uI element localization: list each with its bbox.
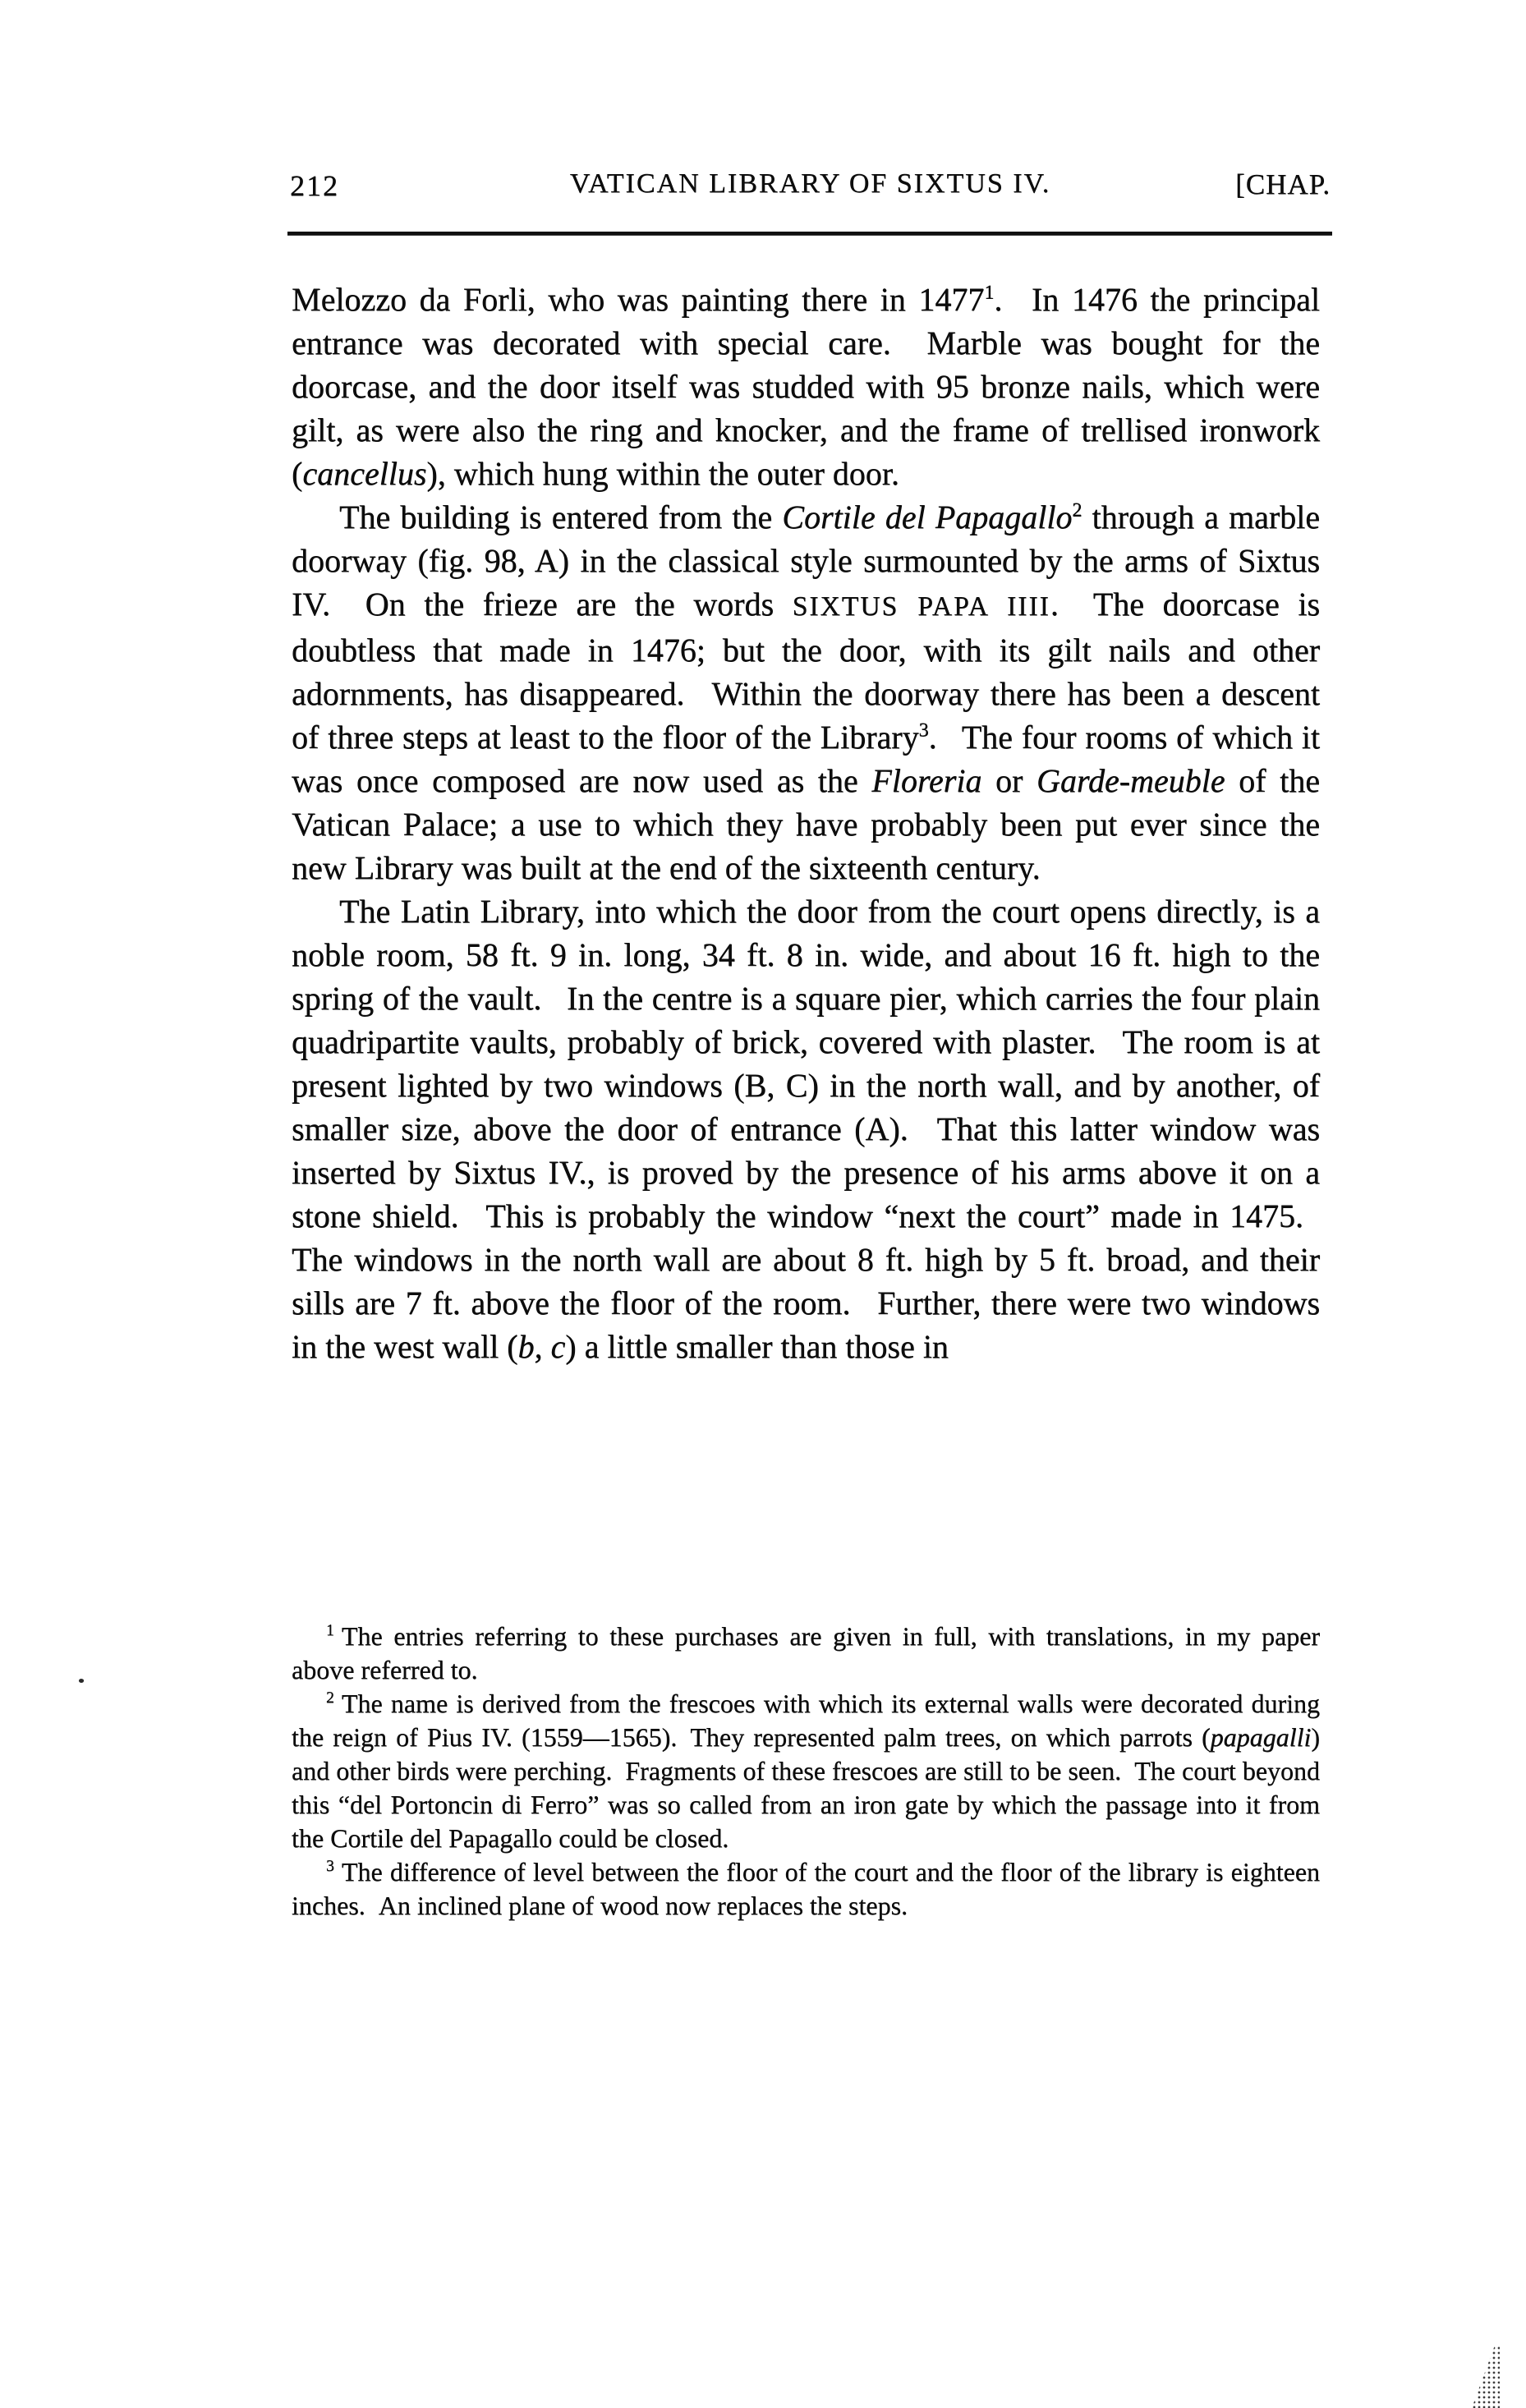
book-page: 212 VATICAN LIBRARY OF SIXTUS IV. [CHAP.… (0, 0, 1526, 2408)
body-text: Melozzo da Forli, who was painting there… (292, 278, 1320, 1368)
chapter-reference: [CHAP. (1235, 168, 1331, 201)
page-header: 212 VATICAN LIBRARY OF SIXTUS IV. [CHAP. (290, 168, 1331, 211)
footnotes: 1The entries referring to these purchase… (292, 1620, 1320, 1923)
footnote-3-marker: 3 (326, 1857, 334, 1875)
header-rule (287, 232, 1332, 236)
footnote-2-text: The name is derived from the frescoes wi… (292, 1689, 1320, 1853)
paragraph-2: The building is entered from the Cortile… (292, 495, 1320, 889)
paragraph-1: Melozzo da Forli, who was painting there… (292, 278, 1320, 495)
paragraph-3: The Latin Library, into which the door f… (292, 889, 1320, 1368)
page-number: 212 (290, 168, 339, 203)
running-title: VATICAN LIBRARY OF SIXTUS IV. (570, 168, 1050, 200)
footnote-1-marker: 1 (326, 1621, 334, 1639)
footnote-1-text: The entries referring to these purchases… (292, 1621, 1320, 1684)
footnote-1: 1The entries referring to these purchase… (292, 1620, 1320, 1687)
ink-speck (78, 1678, 84, 1684)
footnote-2: 2The name is derived from the frescoes w… (292, 1687, 1320, 1855)
footnote-3-text: The difference of level between the floo… (292, 1857, 1320, 1920)
scan-noise-corner (1472, 2346, 1500, 2408)
footnote-3: 3The difference of level between the flo… (292, 1855, 1320, 1923)
footnote-2-marker: 2 (326, 1689, 334, 1707)
